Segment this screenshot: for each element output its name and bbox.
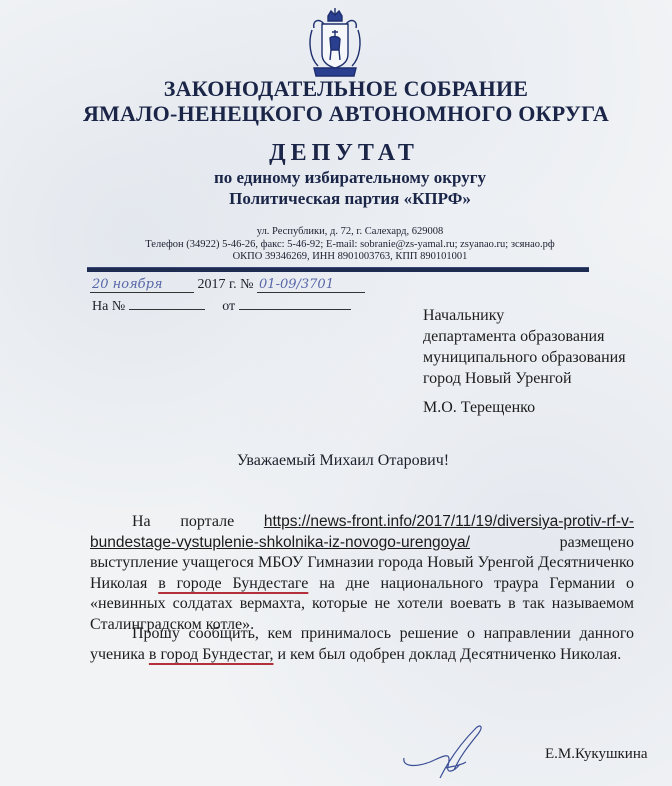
addressee-block: Начальнику департамента образования муни…: [423, 305, 626, 389]
handwritten-registration-number: 01-09/3701: [257, 277, 365, 293]
paragraph-1-intro: На портале: [132, 513, 264, 530]
registration-line: 20 ноября 2017 г. № 01-09/3701: [90, 277, 365, 293]
reference-number-blank: [129, 297, 205, 310]
highlighted-phrase-1: в городе Бундестаге: [158, 575, 308, 592]
organization-name-line1: ЗАКОНОДАТЕЛЬНОЕ СОБРАНИЕ: [10, 76, 672, 102]
deputy-subtitle-district: по единому избирательному округу: [14, 168, 672, 188]
letterhead-divider: [87, 267, 589, 272]
highlighted-phrase-2: в город Бундестаг,: [149, 646, 274, 663]
handwritten-signature-icon: [400, 722, 490, 782]
signer-name: Е.М.Кукушкина: [545, 746, 648, 763]
coat-of-arms-icon: [304, 6, 366, 82]
addressee-line2: департамента образования: [423, 326, 626, 347]
addressee-line1: Начальнику: [423, 305, 626, 326]
reference-date-blank: [239, 297, 351, 310]
reference-from-label: от: [222, 299, 235, 314]
paragraph-1: На портале https://news-front.info/2017/…: [90, 512, 634, 636]
addressee-line4: город Новый Уренгой: [423, 368, 626, 389]
paragraph-2-rest: и кем был одобрен доклад Десятниченко Ни…: [273, 646, 621, 663]
deputy-title: ДЕПУТАТ: [8, 140, 672, 167]
greeting: Уважаемый Михаил Отарович!: [0, 452, 672, 470]
reference-line: На № от: [92, 297, 351, 315]
letterhead-contacts: Телефон (34922) 5-46-26, факс: 5-46-92; …: [14, 239, 672, 250]
deputy-subtitle-party: Политическая партия «КПРФ»: [14, 189, 672, 209]
letterhead-address: ул. Республики, д. 72, г. Салехард, 6290…: [14, 226, 672, 237]
handwritten-date: 20 ноября: [90, 277, 194, 293]
paragraph-2: Прошу сообщить, кем принималось решение …: [90, 624, 634, 665]
organization-name-line2: ЯМАЛО-НЕНЕЦКОГО АВТОНОМНОГО ОКРУГА: [10, 101, 672, 127]
addressee-line3: муниципального образования: [423, 347, 626, 368]
reference-number-label: На №: [92, 299, 125, 314]
letterhead-codes: ОКПО 39346269, ИНН 8901003763, КПП 89010…: [14, 251, 672, 262]
registration-year-label: 2017 г. №: [198, 277, 254, 292]
addressee-name: М.О. Терещенко: [423, 399, 535, 417]
